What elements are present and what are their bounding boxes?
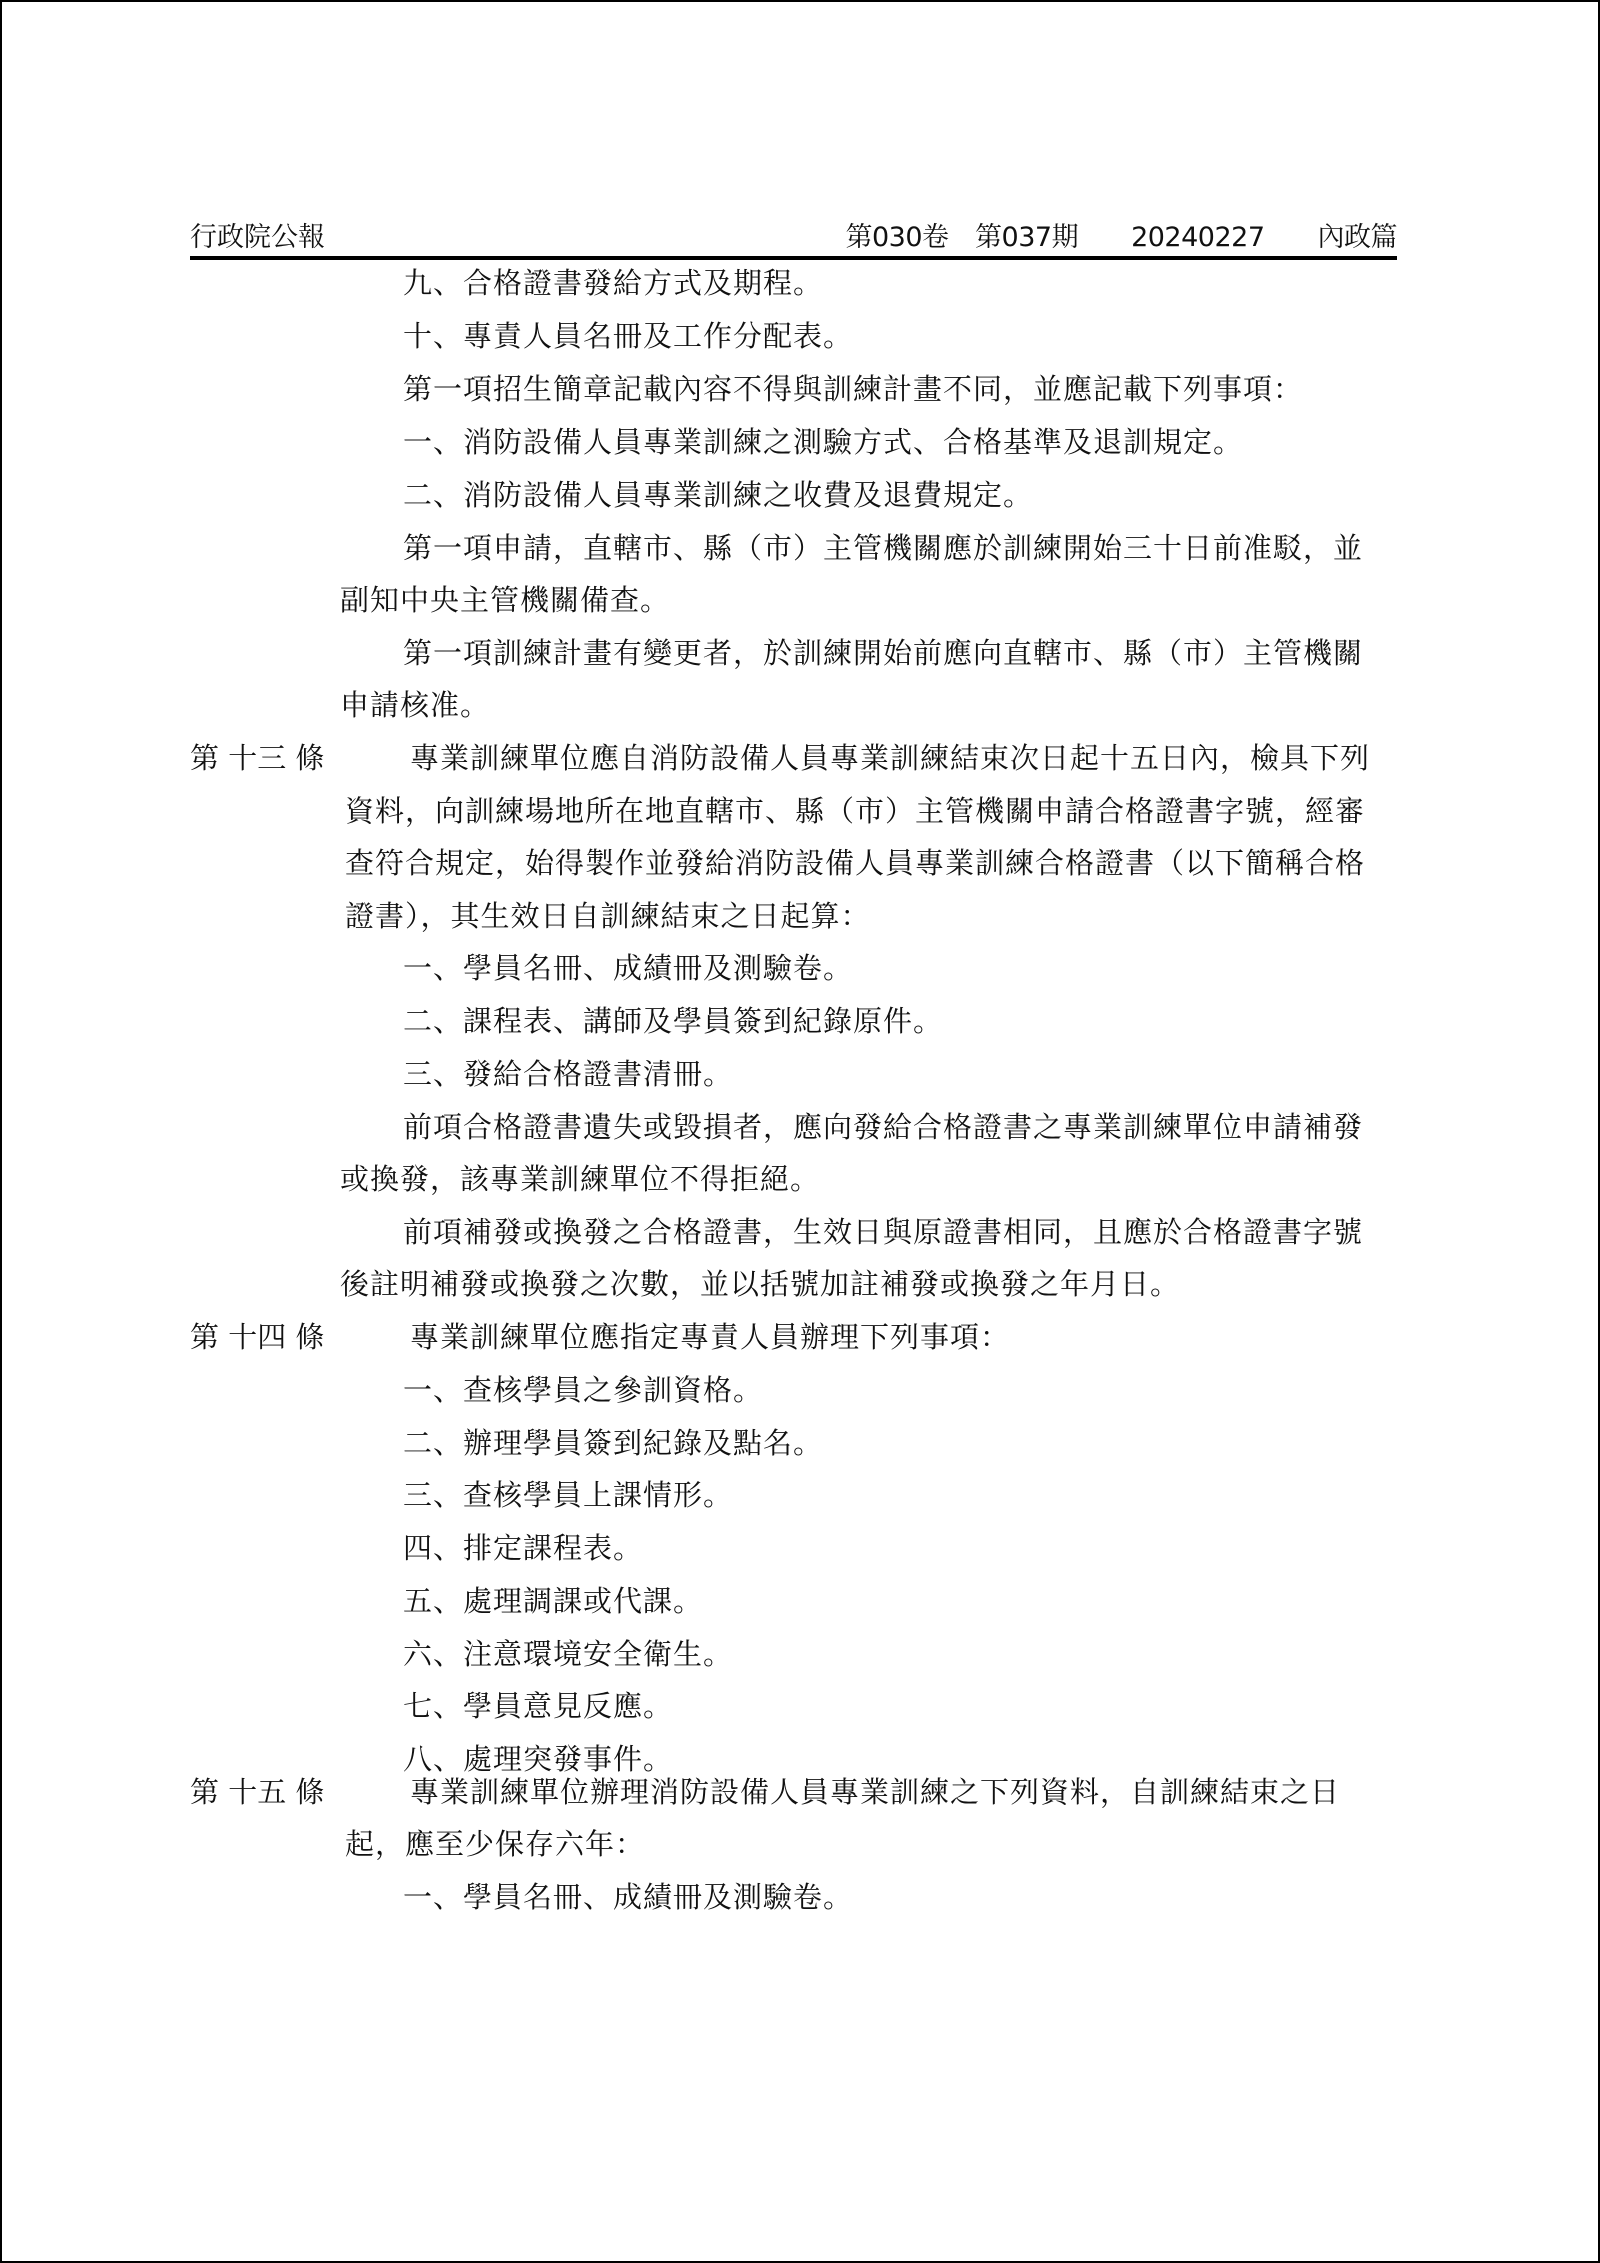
text-line: 五、處理調課或代課。 — [403, 1583, 703, 1619]
text-line: 二、課程表、講師及學員簽到紀錄原件。 — [403, 1003, 943, 1039]
text-line: 前項補發或換發之合格證書，生效日與原證書相同，且應於合格證書字號 — [403, 1214, 1363, 1250]
text-line: 第一項招生簡章記載內容不得與訓練計畫不同，並應記載下列事項： — [403, 371, 1303, 407]
text-line: 十、專責人員名冊及工作分配表。 — [403, 318, 853, 354]
text-line: 八、處理突發事件。 — [403, 1741, 673, 1777]
publication-title: 行政院公報 — [190, 220, 325, 256]
text-line: 六、注意環境安全衛生。 — [403, 1636, 733, 1672]
text-line: 一、學員名冊、成績冊及測驗卷。 — [403, 1879, 853, 1915]
text-line: 四、排定課程表。 — [403, 1530, 643, 1566]
text-line: 副知中央主管機關備查。 — [340, 582, 670, 618]
text-line: 查符合規定，始得製作並發給消防設備人員專業訓練合格證書（以下簡稱合格 — [345, 845, 1365, 881]
text-line: 一、查核學員之參訓資格。 — [403, 1372, 763, 1408]
text-line: 一、學員名冊、成績冊及測驗卷。 — [403, 950, 853, 986]
text-line: 資料，向訓練場地所在地直轄市、縣（市）主管機關申請合格證書字號，經審 — [345, 793, 1365, 829]
text-line: 三、查核學員上課情形。 — [403, 1477, 733, 1513]
text-line: 九、合格證書發給方式及期程。 — [403, 265, 823, 301]
text-line: 第一項申請，直轄市、縣（市）主管機關應於訓練開始三十日前准駁，並 — [403, 530, 1363, 566]
text-line: 申請核准。 — [340, 687, 490, 723]
page-header: 行政院公報 第030卷 第037期 20240227 內政篇 — [190, 220, 1397, 260]
article-number-label: 第 十三 條 — [190, 740, 324, 776]
text-line: 後註明補發或換發之次數，並以括號加註補發或換發之年月日。 — [340, 1266, 1180, 1302]
text-line: 專業訓練單位應指定專責人員辦理下列事項： — [410, 1319, 1010, 1355]
text-line: 二、辦理學員簽到紀錄及點名。 — [403, 1425, 823, 1461]
text-line: 前項合格證書遺失或毀損者，應向發給合格證書之專業訓練單位申請補發 — [403, 1109, 1363, 1145]
text-line: 專業訓練單位辦理消防設備人員專業訓練之下列資料，自訓練結束之日 — [410, 1774, 1340, 1810]
text-line: 三、發給合格證書清冊。 — [403, 1056, 733, 1092]
text-line: 七、學員意見反應。 — [403, 1688, 673, 1724]
article-number-label: 第 十五 條 — [190, 1774, 324, 1810]
text-line: 起，應至少保存六年： — [345, 1826, 645, 1862]
article-number-label: 第 十四 條 — [190, 1319, 324, 1355]
text-line: 第一項訓練計畫有變更者，於訓練開始前應向直轄市、縣（市）主管機關 — [403, 635, 1363, 671]
text-line: 專業訓練單位應自消防設備人員專業訓練結束次日起十五日內，檢具下列 — [410, 740, 1370, 776]
text-line: 或換發，該專業訓練單位不得拒絕。 — [340, 1161, 820, 1197]
text-line: 二、消防設備人員專業訓練之收費及退費規定。 — [403, 477, 1033, 513]
issue-info: 第030卷 第037期 20240227 內政篇 — [846, 220, 1398, 256]
text-line: 證書），其生效日自訓練結束之日起算： — [345, 898, 871, 934]
text-line: 一、消防設備人員專業訓練之測驗方式、合格基準及退訓規定。 — [403, 424, 1243, 460]
